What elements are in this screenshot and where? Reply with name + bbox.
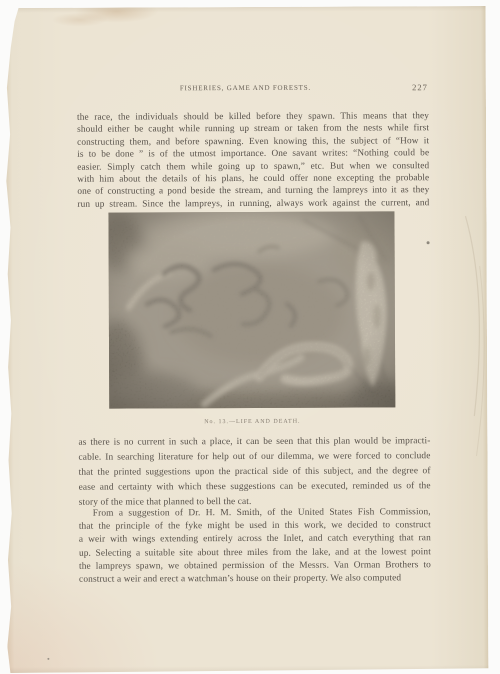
text-line: a weir with wings extending entirely acr… [79, 533, 431, 548]
text-line: is to be done ” is of the utmost importa… [77, 147, 429, 161]
paragraph-1: the race, the individuals should be kill… [77, 110, 429, 211]
dust-speck [47, 658, 49, 660]
text-line: cable. In searching literature for help … [78, 449, 430, 466]
paper-scratch-marks [435, 206, 486, 486]
paragraph-3: From a suggestion of Dr. H. M. Smith, of… [79, 506, 431, 587]
paragraph-2: as there is no current in such a place, … [78, 434, 430, 511]
figure-caption: No. 13.—LIFE AND DEATH. [109, 418, 395, 425]
figure-photo-lampreys [108, 211, 395, 408]
text-line: construct a weir and erect a watchman’s … [79, 572, 431, 587]
text-line: ease and certainty with which these sugg… [79, 479, 431, 496]
text-line: as there is no current in such a place, … [78, 434, 430, 451]
dust-speck [427, 241, 430, 244]
book-page-scan: FISHERIES, GAME AND FORESTS. 227 the rac… [5, 6, 489, 673]
text-line: up. Selecting a suitable site about thre… [79, 546, 431, 561]
page-number: 227 [412, 82, 428, 92]
text-line: that the printed suggestions upon the pr… [79, 464, 431, 481]
photo-illustration [108, 211, 395, 408]
text-line: run up stream. Since the lampreys, in ru… [77, 197, 429, 211]
